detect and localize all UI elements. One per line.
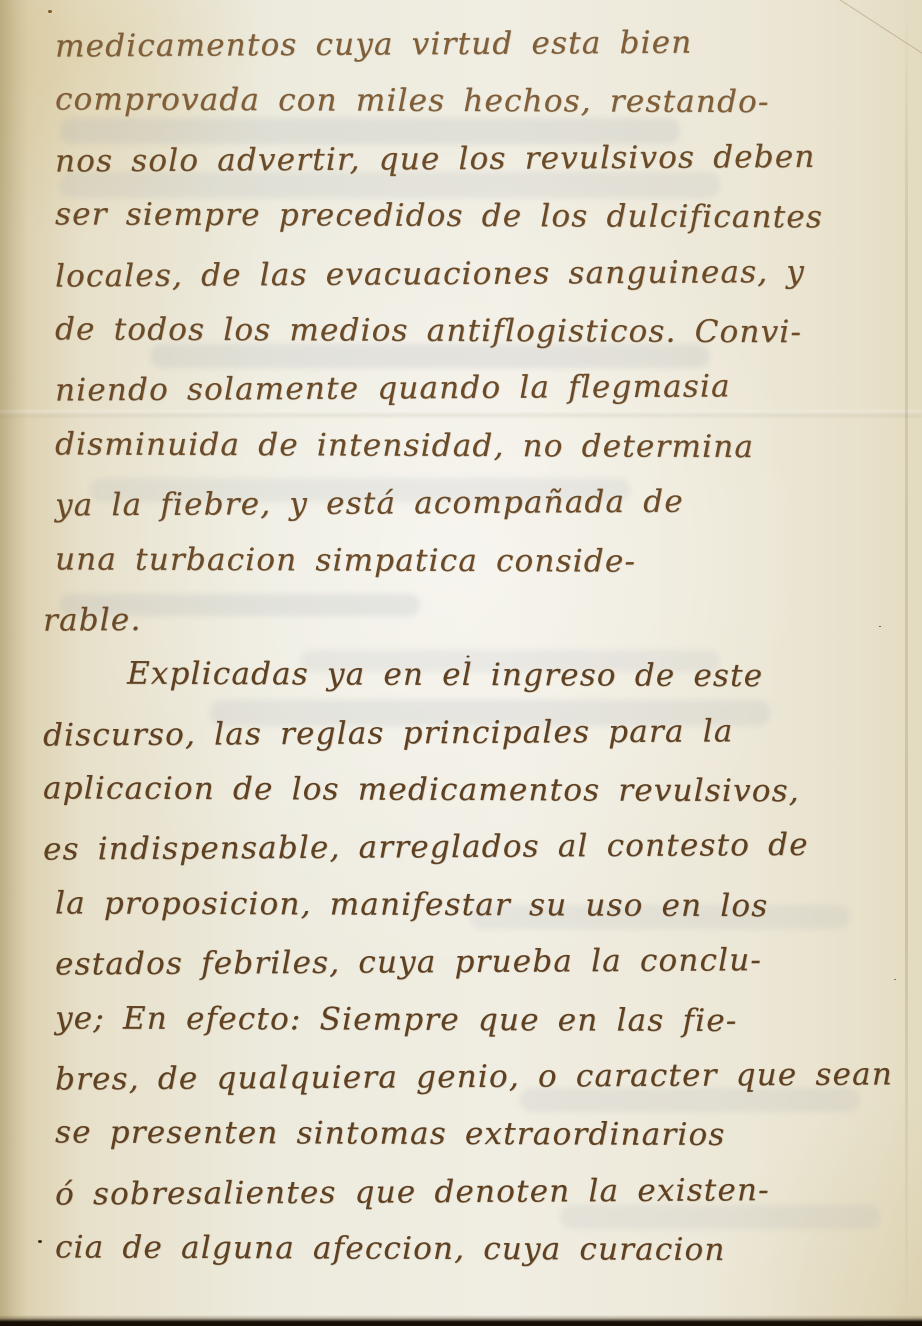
manuscript-line-8: disminuida de intensidad, no determina <box>55 416 886 477</box>
manuscript-line-19: bres, de qualquiera genio, o caracter qu… <box>55 1046 886 1108</box>
manuscript-line-21: ó sobresalientes que denoten la existen- <box>55 1161 886 1223</box>
manuscript-line-6: de todos los medios antiflogisticos. Con… <box>55 301 886 362</box>
ink-specks <box>48 10 52 13</box>
manuscript-line-17: estados febriles, cuya prueba la conclu- <box>55 932 886 994</box>
manuscript-line-15: es indispensable, arreglados al contesto… <box>43 817 886 880</box>
manuscript-line-14: aplicacion de los medicamentos revulsivo… <box>43 760 886 821</box>
manuscript-line-16: la proposicion, manifestar su uso en los <box>55 875 886 936</box>
manuscript-line-13: discurso, las reglas principales para la <box>43 702 886 765</box>
manuscript-line-5: locales, de las evacuaciones sanguineas,… <box>55 243 886 305</box>
manuscript-line-4: ser siempre precedidos de los dulcifican… <box>55 187 886 248</box>
manuscript-line-1: medicamentos cuya virtud esta bien <box>55 13 886 75</box>
manuscript-line-12: Explicadas ya en el ingreso de este <box>55 646 886 707</box>
manuscript-line-7: niendo solamente quando la flegmasia <box>55 358 886 420</box>
manuscript-line-18: ye; En efecto: Siempre que en las fie- <box>55 990 886 1051</box>
manuscript-text: medicamentos cuya virtud esta bien compr… <box>55 16 886 1279</box>
manuscript-line-10: una turbacion simpatica conside- <box>55 531 886 592</box>
manuscript-line-3: nos solo advertir, que los revulsivos de… <box>55 128 886 190</box>
manuscript-line-20: se presenten sintomas extraordinarios <box>55 1105 886 1166</box>
manuscript-line-22: cia de alguna afeccion, cuya curacion <box>55 1220 886 1281</box>
scan-edge-bottom <box>0 1315 922 1326</box>
manuscript-line-2: comprovada con miles hechos, restando- <box>55 72 886 133</box>
page-gutter-shadow <box>0 0 28 1326</box>
manuscript-page: medicamentos cuya virtud esta bien compr… <box>0 0 922 1326</box>
manuscript-line-11: rable. <box>43 587 886 650</box>
page-edge-crease <box>905 0 908 1326</box>
manuscript-line-9: ya la fiebre, y está acompañada de <box>55 473 886 535</box>
